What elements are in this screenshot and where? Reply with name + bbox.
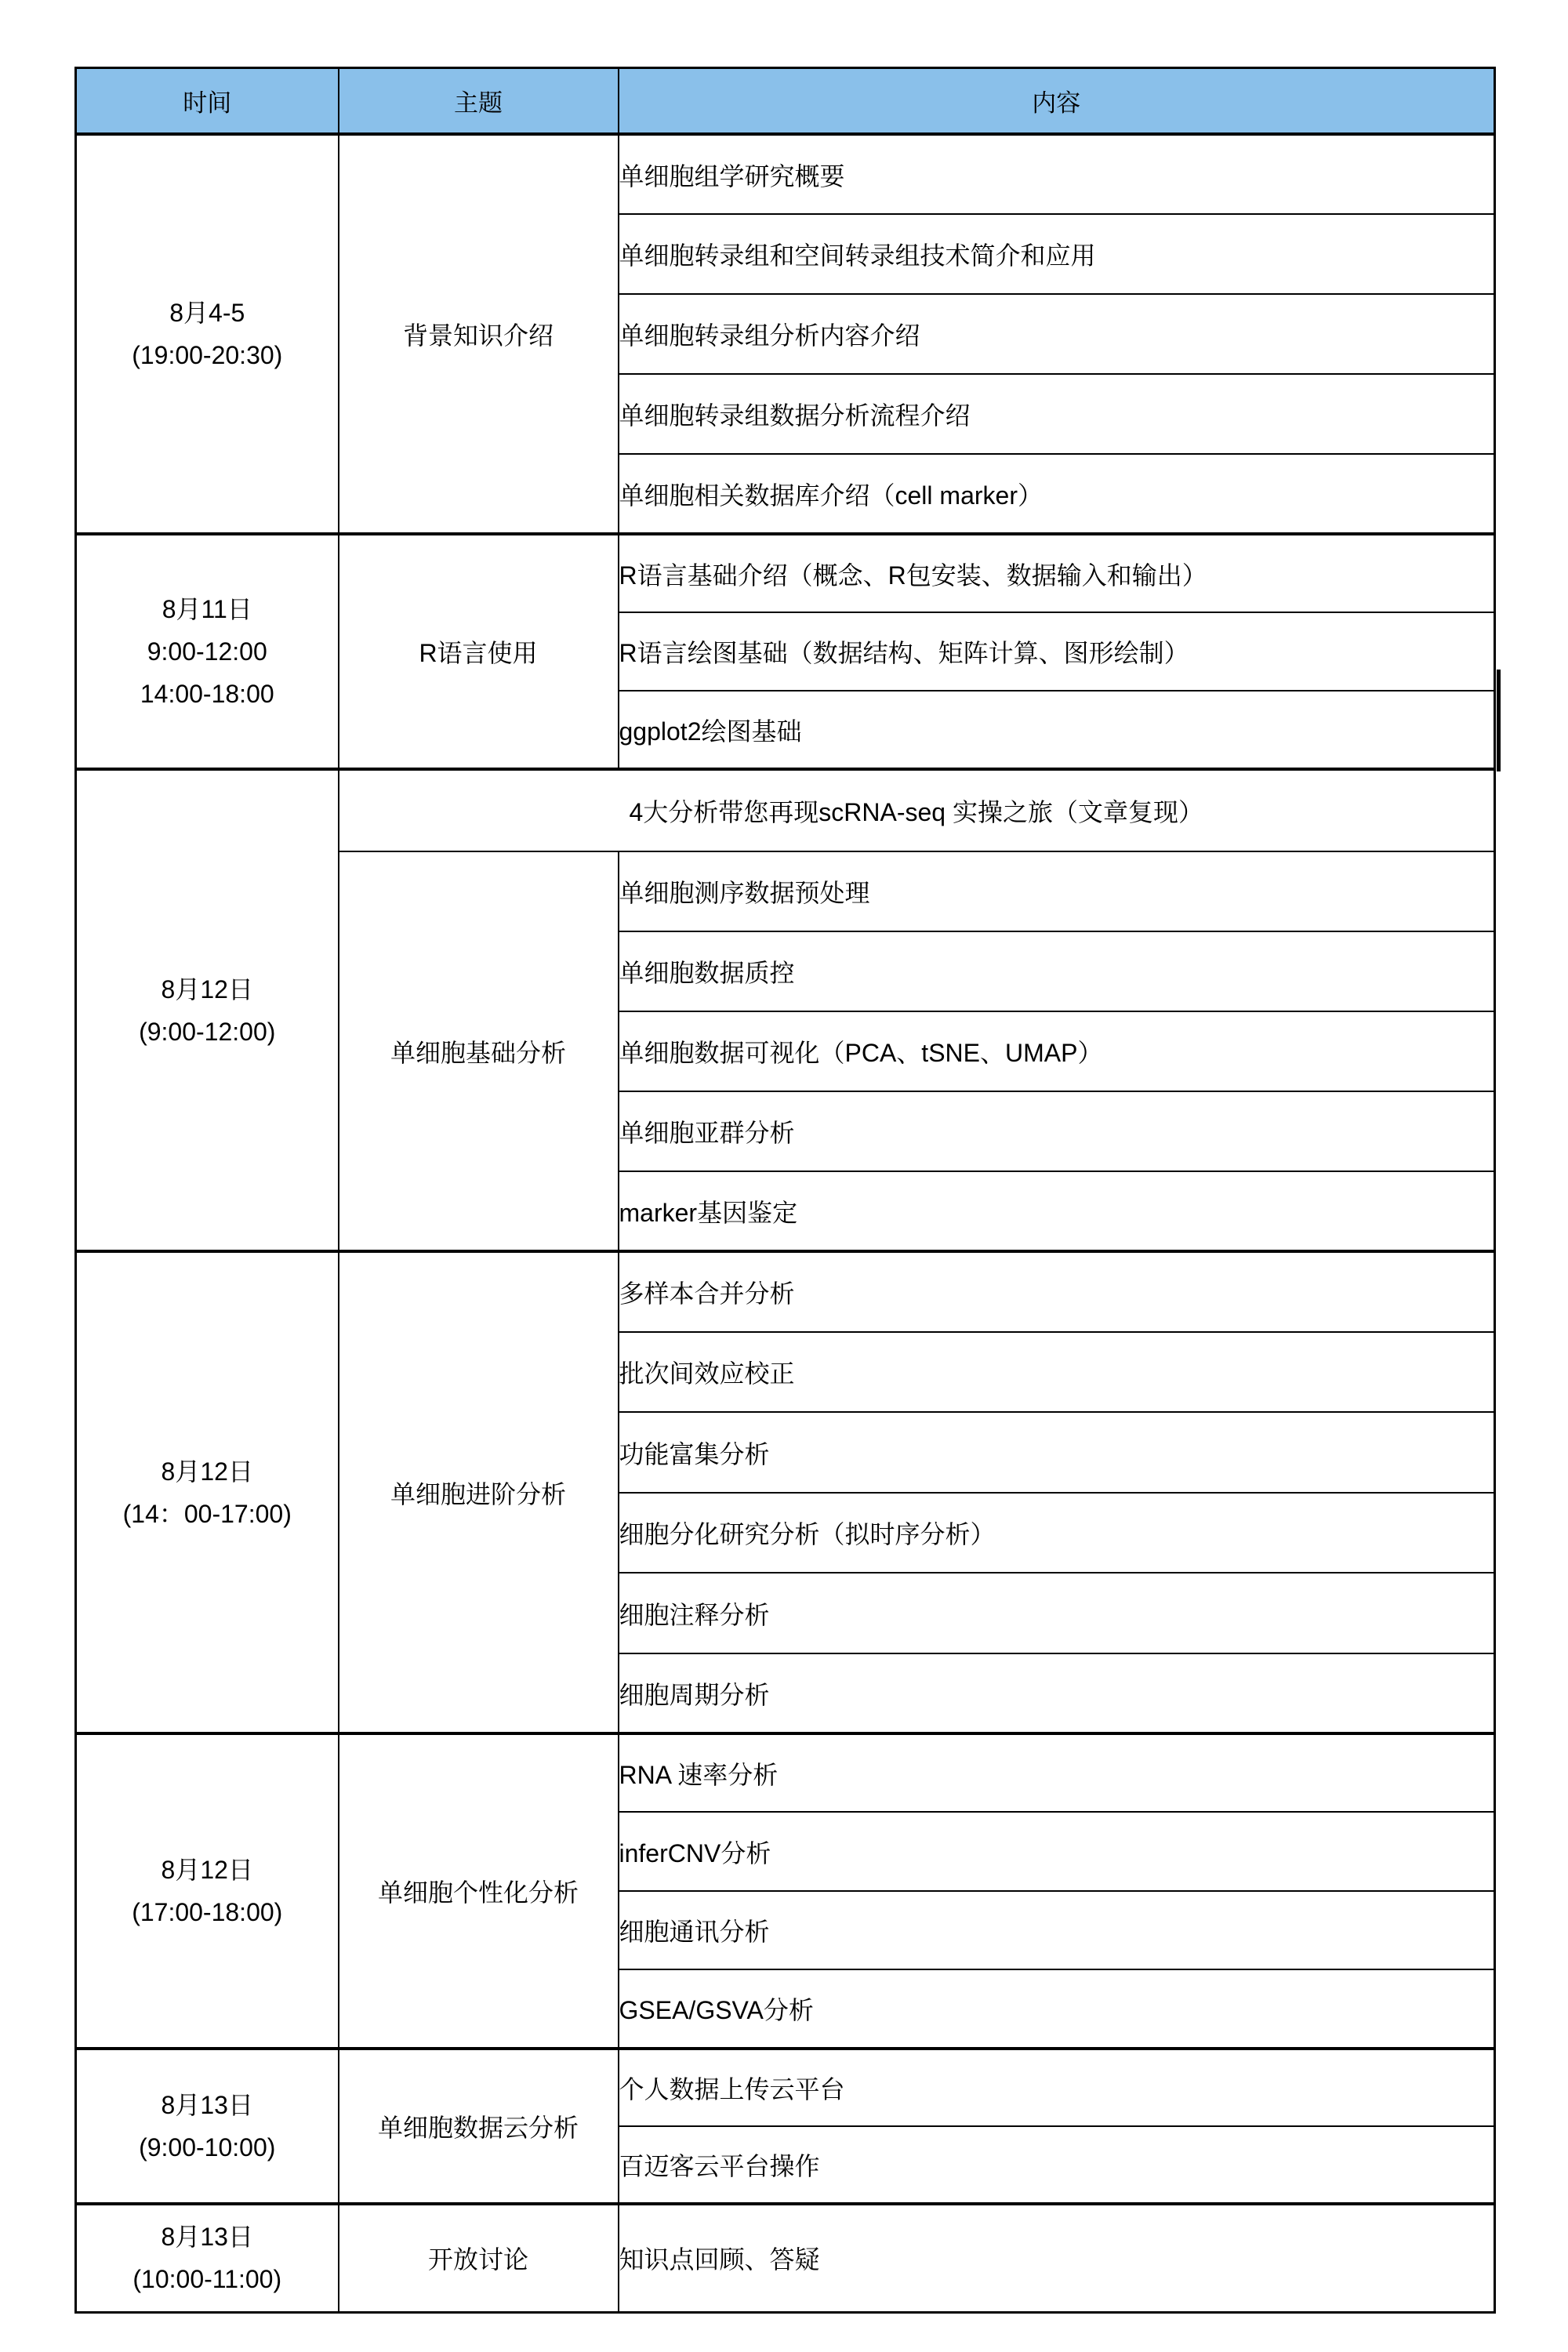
content-cell: RNA 速率分析 (619, 1733, 1495, 1812)
time-cell: 8月13日(9:00-10:00) (76, 2049, 339, 2204)
topic-cell: 单细胞进阶分析 (339, 1251, 619, 1733)
time-cell: 8月13日(10:00-11:00) (76, 2204, 339, 2312)
content-cell: 个人数据上传云平台 (619, 2049, 1495, 2126)
time-cell: 8月12日(9:00-12:00) (76, 769, 339, 1251)
col-header-topic: 主题 (339, 68, 619, 135)
schedule-table: 时间 主题 内容 8月4-5(19:00-20:30)背景知识介绍单细胞组学研究… (74, 67, 1496, 2314)
table-row: 8月4-5(19:00-20:30)背景知识介绍单细胞组学研究概要 (76, 134, 1495, 214)
time-line: (9:00-10:00) (77, 2126, 338, 2169)
col-header-time: 时间 (76, 68, 339, 135)
content-cell: GSEA/GSVA分析 (619, 1969, 1495, 2049)
right-border-artifact (1497, 670, 1501, 771)
content-cell: 知识点回顾、答疑 (619, 2204, 1495, 2312)
content-cell: 单细胞转录组和空间转录组技术简介和应用 (619, 214, 1495, 294)
time-line: 14:00-18:00 (77, 673, 338, 715)
time-line: (10:00-11:00) (77, 2258, 338, 2300)
content-cell: marker基因鉴定 (619, 1171, 1495, 1251)
content-cell: 细胞周期分析 (619, 1653, 1495, 1733)
time-cell: 8月12日(17:00-18:00) (76, 1733, 339, 2049)
content-cell: 细胞注释分析 (619, 1573, 1495, 1653)
col-header-content: 内容 (619, 68, 1495, 135)
content-cell: ggplot2绘图基础 (619, 691, 1495, 769)
topic-cell: R语言使用 (339, 534, 619, 769)
time-line: 8月11日 (77, 588, 338, 630)
topic-cell: 单细胞个性化分析 (339, 1733, 619, 2049)
topic-cell: 背景知识介绍 (339, 134, 619, 534)
content-cell: 功能富集分析 (619, 1412, 1495, 1493)
time-line: 9:00-12:00 (77, 630, 338, 673)
time-line: 8月12日 (77, 1849, 338, 1891)
content-cell: 单细胞测序数据预处理 (619, 851, 1495, 931)
time-line: 8月12日 (77, 968, 338, 1011)
time-line: (17:00-18:00) (77, 1891, 338, 1933)
time-line: (9:00-12:00) (77, 1011, 338, 1053)
content-cell: 单细胞亚群分析 (619, 1091, 1495, 1171)
content-cell: R语言基础介绍（概念、R包安装、数据输入和输出） (619, 534, 1495, 612)
content-cell: 单细胞转录组数据分析流程介绍 (619, 374, 1495, 454)
content-cell: 单细胞相关数据库介绍（cell marker） (619, 454, 1495, 534)
content-cell: R语言绘图基础（数据结构、矩阵计算、图形绘制） (619, 612, 1495, 691)
table-row: 8月13日(9:00-10:00)单细胞数据云分析个人数据上传云平台 (76, 2049, 1495, 2126)
topic-cell: 单细胞数据云分析 (339, 2049, 619, 2204)
content-cell: 单细胞组学研究概要 (619, 134, 1495, 214)
topic-cell: 单细胞基础分析 (339, 851, 619, 1251)
time-line: 8月13日 (77, 2084, 338, 2126)
schedule-body: 8月4-5(19:00-20:30)背景知识介绍单细胞组学研究概要单细胞转录组和… (76, 134, 1495, 2312)
time-line: (19:00-20:30) (77, 334, 338, 376)
table-row: 8月12日(14：00-17:00)单细胞进阶分析多样本合并分析 (76, 1251, 1495, 1332)
content-cell: inferCNV分析 (619, 1812, 1495, 1891)
content-cell: 细胞通讯分析 (619, 1891, 1495, 1969)
table-row: 8月11日9:00-12:0014:00-18:00R语言使用R语言基础介绍（概… (76, 534, 1495, 612)
content-cell: 批次间效应校正 (619, 1332, 1495, 1412)
time-cell: 8月12日(14：00-17:00) (76, 1251, 339, 1733)
header-row: 时间 主题 内容 (76, 68, 1495, 135)
content-cell: 细胞分化研究分析（拟时序分析） (619, 1493, 1495, 1573)
time-line: 8月12日 (77, 1450, 338, 1493)
time-line: (14：00-17:00) (77, 1493, 338, 1535)
table-row: 8月12日(9:00-12:00)4大分析带您再现scRNA-seq 实操之旅（… (76, 769, 1495, 851)
time-cell: 8月4-5(19:00-20:30) (76, 134, 339, 534)
topic-cell: 开放讨论 (339, 2204, 619, 2312)
content-cell: 单细胞数据可视化（PCA、tSNE、UMAP） (619, 1011, 1495, 1091)
time-cell: 8月11日9:00-12:0014:00-18:00 (76, 534, 339, 769)
time-line: 8月13日 (77, 2216, 338, 2258)
table-row: 8月13日(10:00-11:00)开放讨论知识点回顾、答疑 (76, 2204, 1495, 2312)
content-cell: 百迈客云平台操作 (619, 2126, 1495, 2204)
time-line: 8月4-5 (77, 292, 338, 334)
content-cell: 多样本合并分析 (619, 1251, 1495, 1332)
content-cell: 单细胞转录组分析内容介绍 (619, 294, 1495, 374)
content-cell: 单细胞数据质控 (619, 931, 1495, 1011)
table-row: 8月12日(17:00-18:00)单细胞个性化分析RNA 速率分析 (76, 1733, 1495, 1812)
banner-cell: 4大分析带您再现scRNA-seq 实操之旅（文章复现） (339, 769, 1495, 851)
